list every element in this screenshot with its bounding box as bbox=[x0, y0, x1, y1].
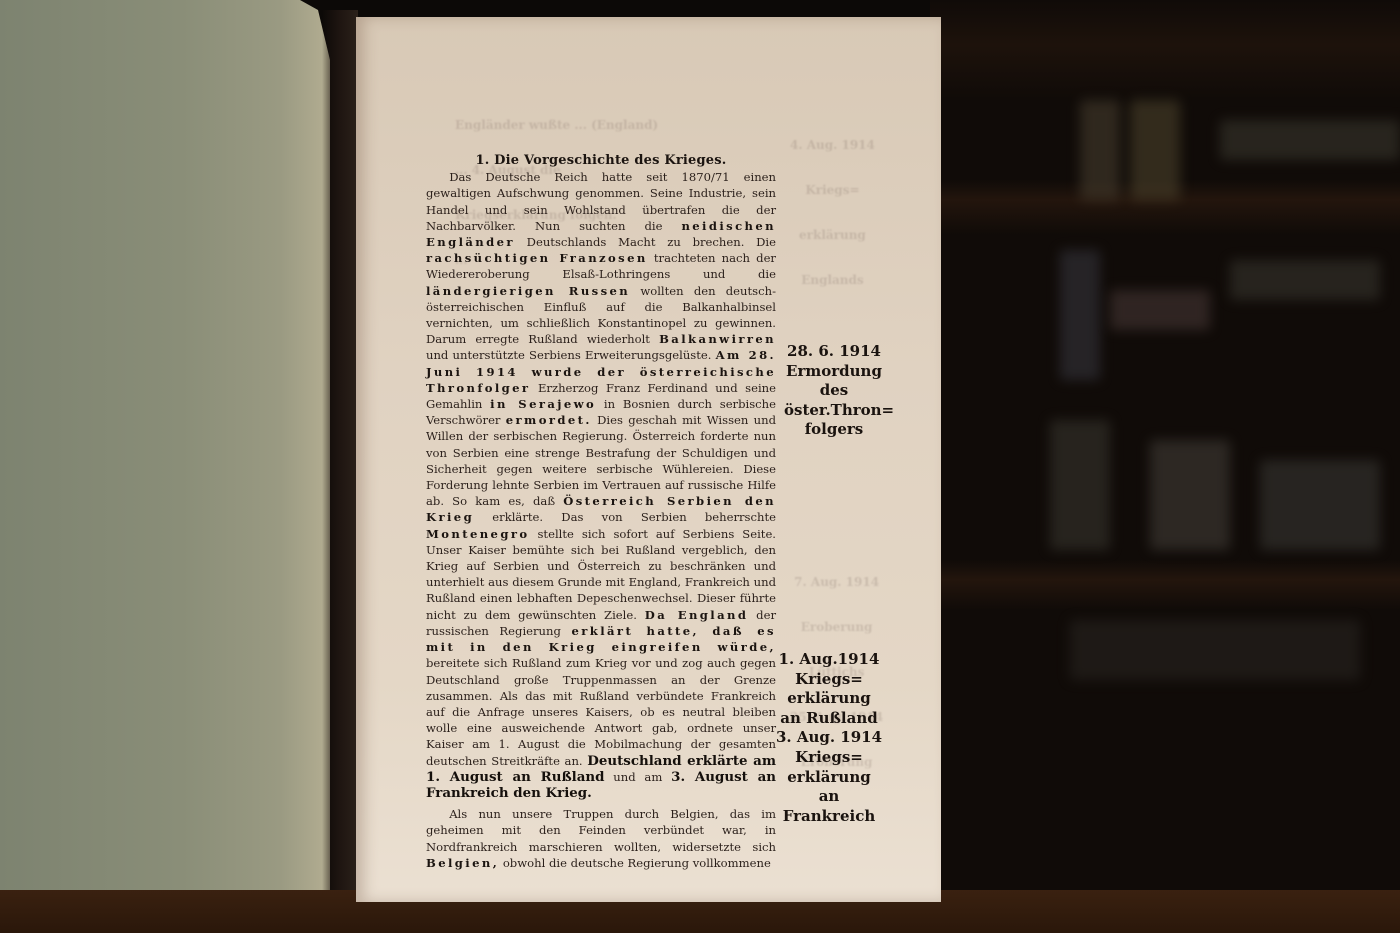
margin-note-line: Kriegs= bbox=[774, 748, 884, 768]
margin-note-line: folgers bbox=[784, 420, 884, 440]
margin-note-line: des bbox=[784, 381, 884, 401]
bookshelf-background bbox=[930, 0, 1400, 933]
margin-note-line: erklärung bbox=[774, 768, 884, 788]
blurred-book bbox=[1230, 260, 1380, 300]
text-run: obwohl die deutsche Regierung vollkommen… bbox=[499, 856, 771, 870]
margin-note-line: Kriegs= bbox=[774, 670, 884, 690]
emphasized-text: Montenegro bbox=[426, 527, 529, 541]
blurred-book bbox=[1080, 100, 1120, 200]
margin-note-line: öster.Thron= bbox=[784, 401, 884, 421]
emphasized-text: Balkanwirren bbox=[659, 332, 776, 346]
emphasized-text: rachsüchtigen Franzosen bbox=[426, 251, 648, 265]
margin-note-date: 28. 6. 1914 bbox=[784, 342, 884, 362]
margin-note-assassination: 28. 6. 1914 Ermordung des öster.Thron= f… bbox=[784, 342, 884, 440]
main-text-column: 1. Die Vorgeschichte des Krieges. Das De… bbox=[426, 153, 776, 871]
left-cover-page bbox=[0, 0, 330, 933]
blurred-book bbox=[1260, 460, 1380, 550]
text-run: Deutschlands Macht zu brechen. Die bbox=[515, 235, 776, 249]
blurred-book bbox=[1220, 120, 1400, 160]
blurred-book bbox=[1130, 100, 1180, 200]
booklet-spine bbox=[322, 10, 358, 890]
text-run: bereitete sich Rußland zum Krieg vor und… bbox=[426, 656, 776, 767]
margin-note-date: 3. Aug. 1914 bbox=[774, 728, 884, 748]
emphasized-text: Da England bbox=[645, 608, 749, 622]
paragraph-2: Als nun unsere Truppen durch Belgien, da… bbox=[426, 806, 776, 871]
margin-note-date: 1. Aug.1914 bbox=[774, 650, 884, 670]
text-run: und unterstützte Serbiens Erweiterungsge… bbox=[426, 348, 716, 362]
text-run: Als nun unsere Truppen durch Belgien, da… bbox=[426, 807, 776, 853]
text-run: erklärte. Das von Serbien beherrschte bbox=[474, 510, 776, 524]
margin-note-declarations: 1. Aug.1914 Kriegs= erklärung an Rußland… bbox=[774, 650, 884, 826]
blurred-book bbox=[1060, 250, 1100, 380]
emphasized-text: Belgien, bbox=[426, 856, 499, 870]
section-heading: 1. Die Vorgeschichte des Krieges. bbox=[426, 153, 776, 169]
margin-note-line: Ermordung bbox=[784, 362, 884, 382]
margin-note-line: Frankreich bbox=[774, 807, 884, 827]
margin-note-line: erklärung bbox=[774, 689, 884, 709]
emphasized-text: ländergierigen Russen bbox=[426, 284, 630, 298]
blurred-book bbox=[1050, 420, 1110, 550]
margin-note-line: an Rußland bbox=[774, 709, 884, 729]
blurred-book bbox=[1150, 440, 1230, 550]
margin-note-line: an bbox=[774, 787, 884, 807]
emphasized-text: in Serajewo bbox=[490, 397, 596, 411]
blurred-book bbox=[1110, 290, 1210, 330]
bleed-through-margin-top: 4. Aug. 1914 Kriegs= erklärung Englands bbox=[790, 108, 875, 303]
emphasized-text: ermordet. bbox=[506, 413, 592, 427]
text-run: und am bbox=[605, 770, 672, 784]
paragraph-1: Das Deutsche Reich hatte seit 1870/71 ei… bbox=[426, 169, 776, 801]
blurred-book bbox=[1070, 620, 1360, 680]
